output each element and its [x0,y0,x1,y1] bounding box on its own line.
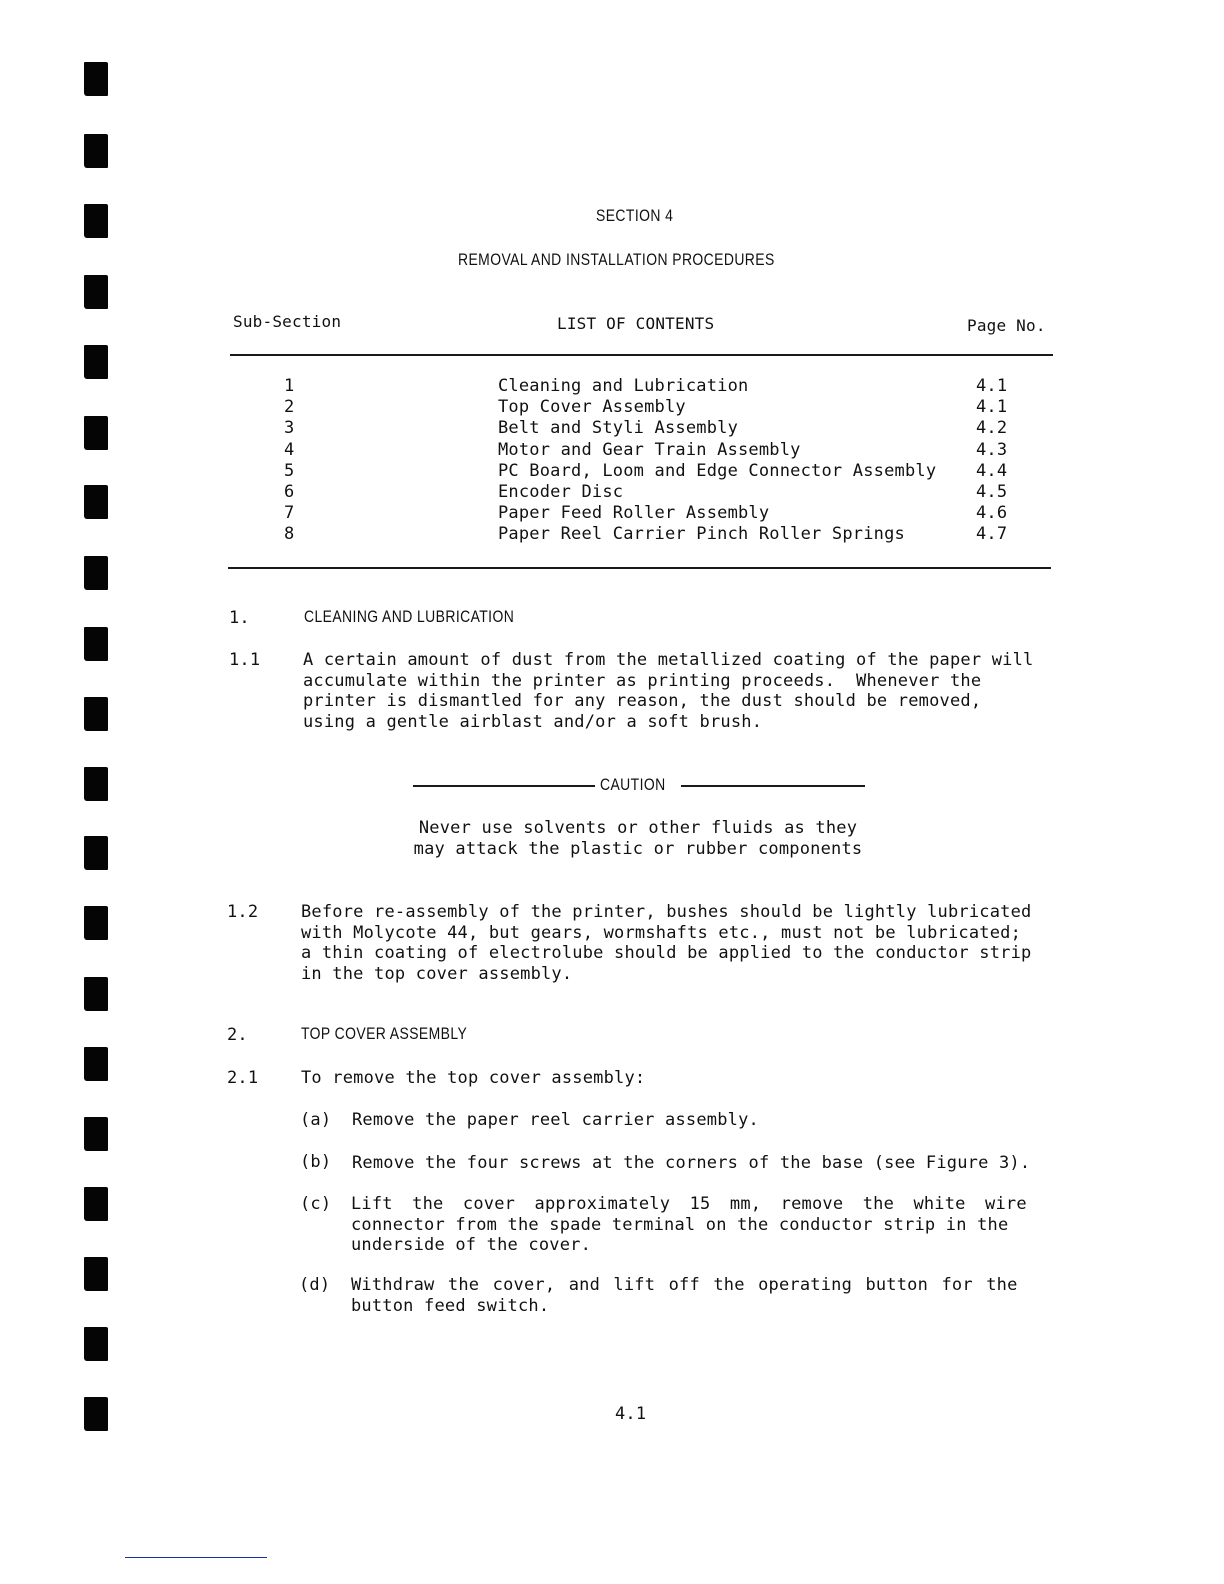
binding-hole [84,1047,108,1081]
step-line: underside of the cover. [351,1235,1043,1256]
text-line: in the top cover assembly. [301,964,1049,985]
row-number: 4 [284,440,294,461]
row-title[interactable]: Top Cover Assembly [498,397,686,418]
binding-hole [84,977,108,1011]
row-title[interactable]: Belt and Styli Assembly [498,418,738,439]
step-b-label: (b) [300,1152,331,1173]
table-row: 6 Encoder Disc 4.5 [0,482,1224,503]
step-line: connector from the spade terminal on the… [351,1215,1043,1236]
section-title: REMOVAL AND INSTALLATION PROCEDURES [458,250,775,270]
table-row: 4 Motor and Gear Train Assembly 4.3 [0,440,1224,461]
binding-hole [84,134,108,168]
step-c-text: Lift the cover approximately 15 mm, remo… [351,1194,1043,1256]
binding-hole [84,836,108,870]
binding-hole [84,62,108,96]
header-page-no: Page No. [967,316,1046,337]
row-title[interactable]: Cleaning and Lubrication [498,376,748,397]
step-a-label: (a) [300,1110,331,1131]
row-title[interactable]: Motor and Gear Train Assembly [498,440,801,461]
table-row: 1 Cleaning and Lubrication 4.1 [0,376,1224,397]
binding-hole [84,1187,108,1221]
table-bottom-rule [228,567,1051,569]
row-number: 5 [284,461,294,482]
step-line: button feed switch. [351,1296,1043,1317]
step-line: Lift the cover approximately 15 mm, remo… [351,1194,1043,1215]
text-line: a thin coating of electrolube should be … [301,943,1049,964]
binding-hole [84,1327,108,1361]
caution-line: may attack the plastic or rubber compone… [380,839,896,860]
page-number: 4.1 [615,1404,646,1425]
row-page: 4.2 [976,418,1007,439]
section-1-number: 1. [229,608,250,629]
para-2-1-number: 2.1 [227,1068,258,1089]
row-number: 1 [284,376,294,397]
table-body: 1 Cleaning and Lubrication 4.1 2 Top Cov… [0,376,1224,548]
text-line: printer is dismantled for any reason, th… [303,691,1048,712]
row-number: 8 [284,524,294,545]
header-list-of-contents: LIST OF CONTENTS [557,314,714,335]
step-d-text: Withdraw the cover, and lift off the ope… [351,1275,1043,1316]
caution-rule-right [681,785,865,787]
row-page: 4.3 [976,440,1007,461]
text-line: using a gentle airblast and/or a soft br… [303,712,1048,733]
step-line: Remove the four screws at the corners of… [352,1153,1030,1174]
binding-hole [84,906,108,940]
para-1-1-number: 1.1 [229,650,260,671]
step-line: Withdraw the cover, and lift off the ope… [351,1275,1043,1296]
binding-hole [84,697,108,731]
table-row: 3 Belt and Styli Assembly 4.2 [0,418,1224,439]
step-line: Remove the paper reel carrier assembly. [352,1110,759,1131]
binding-hole [84,1257,108,1291]
step-b-text: Remove the four screws at the corners of… [352,1153,1030,1174]
row-page: 4.5 [976,482,1007,503]
caution-line: Never use solvents or other fluids as th… [380,818,896,839]
para-2-1-intro: To remove the top cover assembly: [301,1068,645,1089]
row-title[interactable]: Paper Feed Roller Assembly [498,503,769,524]
text-line: with Molycote 44, but gears, wormshafts … [301,923,1049,944]
row-page: 4.7 [976,524,1007,545]
caution-label: CAUTION [600,775,666,795]
section-2-number: 2. [227,1025,248,1046]
row-number: 6 [284,482,294,503]
para-1-2-text: Before re-assembly of the printer, bushe… [301,902,1049,984]
bottom-link-rule [125,1557,267,1558]
caution-text: Never use solvents or other fluids as th… [380,818,896,859]
binding-hole [84,275,108,309]
table-top-rule [230,354,1053,356]
row-title[interactable]: Encoder Disc [498,482,623,503]
row-title[interactable]: Paper Reel Carrier Pinch Roller Springs [498,524,905,545]
binding-hole [84,767,108,801]
binding-hole [84,556,108,590]
table-row: 7 Paper Feed Roller Assembly 4.6 [0,503,1224,524]
row-number: 3 [284,418,294,439]
binding-hole [84,627,108,661]
row-page: 4.1 [976,397,1007,418]
row-page: 4.6 [976,503,1007,524]
section-2-heading: TOP COVER ASSEMBLY [301,1024,467,1044]
para-1-2-number: 1.2 [227,902,258,923]
row-page: 4.4 [976,461,1007,482]
step-a-text: Remove the paper reel carrier assembly. [352,1110,759,1131]
binding-hole [84,1397,108,1431]
section-1-heading: CLEANING AND LUBRICATION [304,607,514,627]
header-sub-section: Sub-Section [233,312,341,333]
step-d-label: (d) [299,1275,330,1296]
row-page: 4.1 [976,376,1007,397]
binding-hole [84,204,108,238]
binding-hole [84,1117,108,1151]
text-line: accumulate within the printer as printin… [303,671,1048,692]
caution-rule-left [413,785,595,787]
section-number: SECTION 4 [596,206,673,226]
table-row: 5 PC Board, Loom and Edge Connector Asse… [0,461,1224,482]
row-number: 7 [284,503,294,524]
binding-hole [84,345,108,379]
row-number: 2 [284,397,294,418]
row-title[interactable]: PC Board, Loom and Edge Connector Assemb… [498,461,936,482]
text-line: Before re-assembly of the printer, bushe… [301,902,1049,923]
text-line: A certain amount of dust from the metall… [303,650,1048,671]
table-row: 2 Top Cover Assembly 4.1 [0,397,1224,418]
para-1-1-text: A certain amount of dust from the metall… [303,650,1048,732]
step-c-label: (c) [300,1194,331,1215]
table-row: 8 Paper Reel Carrier Pinch Roller Spring… [0,524,1224,545]
